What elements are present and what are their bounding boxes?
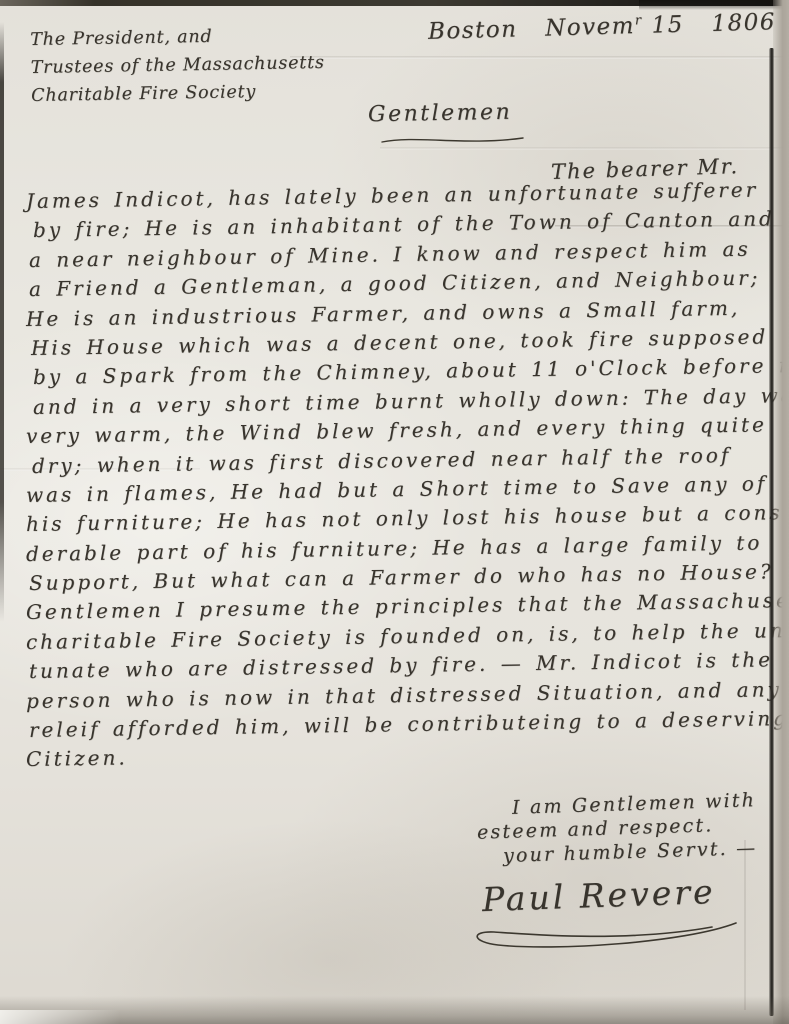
scan-edge-right [773, 0, 789, 1024]
dateline-place: Boston [428, 16, 518, 44]
paper-fold-right-edge [769, 48, 774, 1016]
letter-body: James Indicot, has lately been an unfort… [26, 189, 789, 777]
salutation-underline-flourish [378, 133, 528, 147]
recipient-address-block: The President, and Trustees of the Massa… [30, 21, 325, 110]
signature-underline-flourish [464, 917, 754, 959]
dateline-year: 1806 [711, 9, 776, 37]
recipient-line: Trustees of the Massachusetts [30, 49, 325, 82]
scan-edge-left [0, 22, 4, 622]
recipient-line: Charitable Fire Society [31, 77, 326, 110]
dateline-date: Novemr 15 [545, 12, 684, 42]
scan-edge-bottom-left [0, 1010, 120, 1024]
salutation: Gentlemen [368, 100, 513, 128]
scanned-letter-page: Boston Novemr 15 1806 The President, and… [0, 0, 789, 1024]
signature-paul-revere: Paul Revere [481, 872, 716, 919]
scan-edge-top-right [639, 0, 789, 10]
